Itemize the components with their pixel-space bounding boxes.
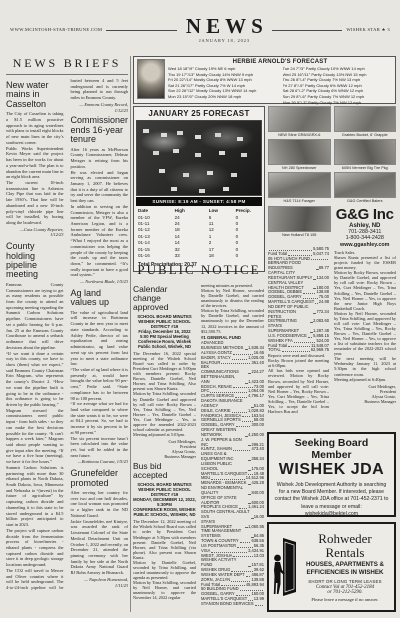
dot-leader [246,576,251,577]
gg-right-column: Grabtec Bucket, 6' Grapple 605N Vermeer … [334,106,397,248]
notice-meta: SCHOOL BOARD MINUTES WISHEK PUBLIC SCHOO… [133,482,196,517]
header-rule-left [106,30,177,31]
weather-table-row: 01-16 33 18 0 [136,252,262,258]
invoice-amount: 1,461.24 [248,505,264,510]
weather-table-row: 01-10 24 6 0 [136,214,262,220]
column-divider [130,56,131,612]
cell-low: 6 [209,215,236,220]
public-notice-col2: meeting minutes as presented. Motion by … [201,283,264,615]
news-briefs-section: NEWS BRIEFS New water mains in Casselton… [6,56,128,614]
dot-leader [248,470,250,471]
dot-leader [311,259,328,260]
equipment-photo-caption: 605N Vermeer Big Tire Pkg [334,165,397,172]
equipment-photo-image [334,106,397,132]
equipment-photo: H&S 7114 Forager [268,172,331,205]
equipment-photo: NEW Stine GR8/4GRX-6 [268,106,331,139]
brief-body: After 16 years as McPherson County Commi… [71,147,129,279]
forecast-title: HERBIE ARNOLD'S FORECAST [168,59,392,65]
cell-precip: 0 [236,227,260,232]
brief-attribution: — Emmons County Record, 1/12/23 [71,102,129,113]
brief-body: After serving her country for over two a… [71,490,129,576]
brief-headline: County holding pipeline meeting [6,242,64,280]
door-person-icon [272,536,297,598]
dot-leader [282,351,310,352]
cell-precip: 0 [236,253,260,258]
weather-table-body: 01-10 24 6 0 01-11 24 11 0 01-12 [136,214,262,259]
dot-leader [313,313,315,314]
rohweder-ad-contact: Contact Val at 701-452-2184 or 701-212-5… [299,585,391,595]
brief-attribution: —Cass County Reporter, 1/12/23 [6,227,64,238]
dot-leader [288,346,310,347]
forecast-line: Mon 23 15°/0° Cloudy 20% NNW 18 mph [168,94,278,100]
cell-precip: 0 [236,240,260,245]
brief-headline: Grunefelder promoted [71,469,129,488]
invoice-amount: 1,060.85 [248,525,264,530]
issue-date: JANUARY 18, 2023 [181,39,268,44]
brief-article: Grunefelder promoted After serving her c… [71,469,129,588]
cell-high: 24 [175,221,209,226]
forecast-week2: Tue 24 7°/3° Partly Cloudy 10% WNW 14 mp… [283,66,393,105]
invoice-amount: 772.34 [316,310,329,315]
forecast-week1: Wed 18 18°/9° Cloudy 19% NE 6 mphThu 19 … [168,66,278,105]
cell-date: 01-13 [138,234,175,239]
dot-leader [245,349,247,350]
rohweder-ad-line1: HOUSES, APARTMENTS & EFFICIENCIES IN WIS… [299,561,391,577]
brief-article: Commissioner ends 16-year tenure After 1… [71,116,129,285]
dot-leader [248,494,250,495]
cell-low: 17 [209,247,236,252]
public-notice-banner: PUBLIC NOTICE [133,262,265,278]
invoice-amount: 224.27 [251,370,264,375]
dot-leader [233,556,252,557]
news-briefs-title: NEWS BRIEFS [6,56,128,75]
cell-low: 2 [209,240,236,245]
dot-leader [245,383,247,384]
col-high: High [175,208,209,213]
col-low: Low [209,208,236,213]
website-url: WWW.MCINTOSH-STAR-TRIBUNE.COM [10,27,102,32]
dot-leader [242,416,250,417]
newspaper-page: WWW.MCINTOSH-STAR-TRIBUNE.COM NEWS JANUA… [0,0,400,618]
dot-leader [315,303,318,304]
equipment-photo: New Holland T8 155 [268,206,331,239]
masthead: NEWS JANUARY 18, 2023 [181,16,268,43]
invoice-amount: 16.00 [254,515,264,520]
page-number-label: WISHEK STAR ★ 3 [346,27,390,33]
invoice-amount: 89.77 [319,266,329,271]
dot-leader [248,445,250,446]
invoice-amount: 425.28 [251,481,264,486]
invoice-amount: 13.99 [254,597,264,602]
gg-photos-right: Grabtec Bucket, 6' Grapple 605N Vermeer … [334,106,397,206]
gg-dealer-info: G&G Inc Ashley, ND 701-288-3411 1-800-34… [334,207,397,248]
notice-body: Reports were read and discussed. Rocky B… [268,353,329,414]
notice-headline: Calendar change approved [133,285,196,312]
forecast-map-section: JANUARY 25 FORECAST SUNRISE: 8:19 AM - S… [133,106,265,272]
rohweder-ad-line4: Please leave a message if no answer. [299,597,391,602]
weather-table: Date High Low Precip. 01-10 24 6 0 01-11 [136,208,262,259]
weather-table-row: 01-13 14 1 0 [136,233,262,239]
brief-headline: Ag land values up [71,289,129,308]
dot-leader [308,337,312,338]
gg-photos-left: NEW Stine GR8/4GRX-6 NH 280 Speedrower H… [268,106,331,248]
cell-high: 14 [175,234,209,239]
wishek-jda-ad: Seeking Board Member WISHEK JDA Wishek J… [267,432,396,517]
brief-article: Ag land values up The value of agricultu… [71,289,129,465]
header-rule-right [272,30,343,31]
gg-dealer-name: G&G Inc [334,207,397,222]
notice-meta: SCHOOL BOARD MINUTES WISHEK PUBLIC SCHOO… [133,314,196,349]
equipment-photo: G&G Certified Balers [334,172,397,205]
brief-headline: Commissioner ends 16-year tenure [71,116,129,144]
dot-leader [245,436,247,437]
equipment-photo-caption: H&S 7114 Forager [268,198,331,205]
cell-low: 1 [209,234,236,239]
public-notice-col3: 5,580.75 Fund Total 5,047.74 05 HOT LUNC… [268,247,329,430]
weather-table-row: 01-12 18 12 0 [136,227,262,233]
equipment-photo-image [268,139,331,165]
invoice-amount: 45,893.94 [246,583,264,588]
equipment-photo-caption: NEW Stine GR8/4GRX-6 [268,132,331,139]
jda-ad-heading: Seeking Board Member [274,438,389,461]
invoice-line: STANION BOND SERVICES [201,602,264,607]
cell-precip: 0 [236,247,260,252]
forecast-columns: Wed 18 18°/9° Cloudy 19% NE 6 mphThu 19 … [168,66,392,105]
herbie-arnold-photo [137,59,165,99]
forecast-line: Mon 30 5°/-3° Partly Cloudy 7% NW 12 mph [283,100,393,106]
section-title: NEWS [181,16,268,37]
invoice-list: ADVANCED BUSINESS METHODS 1,538.34 ALYSS… [201,341,264,607]
dot-leader [313,279,315,280]
equipment-photo: NH 280 Speedrower [268,139,331,172]
cell-precip: 0 [236,215,260,220]
brief-attribution: —Bottineau Courant, 1/5/23 [71,459,129,465]
dot-leader [248,460,250,461]
notice-signature: Curt Meidinger, President Alyssa Gontz, … [334,384,396,404]
weather-map [136,120,262,196]
invoice-payee: STANION BOND SERVICES [201,602,254,607]
equipment-photo-caption: Grabtec Bucket, 6' Grapple [334,132,397,139]
cell-date: 01-12 [138,227,175,232]
forecast-box: HERBIE ARNOLD'S FORECAST Wed 18 18°/9° C… [133,56,396,104]
invoice-amount: 24.88 [319,300,329,305]
equipment-photo: 605N Vermeer Big Tire Pkg [334,139,397,172]
invoice-amount: 4,250.00 [248,433,264,438]
rohweder-rentals-ad: Rohweder Rentals HOUSES, APARTMENTS & EF… [267,522,396,612]
equipment-photo-image [268,206,331,232]
invoice-amount: 361.40 [251,361,264,366]
dot-leader [248,484,251,485]
dot-leader [245,527,247,528]
page-header: WWW.MCINTOSH-STAR-TRIBUNE.COM NEWS JANUA… [10,16,390,43]
cell-precip: 0 [236,234,260,239]
invoice-list: 5,580.75 Fund Total 5,047.74 05 HOT LUNC… [268,247,329,353]
invoice-amount: 134.00 [316,276,329,281]
invoice-amount: 473.40 [251,447,264,452]
dot-leader [251,518,253,519]
brief-body: The value of agricultural land will incr… [71,310,129,459]
notice-body: Truck Sales. Shawn Kuntz presented a lis… [334,250,396,382]
dot-leader [233,450,250,451]
dot-leader [316,269,318,270]
col-date: Date [138,208,175,213]
brief-body: The City of Casselton is taking a $1.5 m… [6,111,64,225]
public-notice-col4: Truck Sales. Shawn Kuntz presented a lis… [334,250,396,430]
gg-website: www.ggashley.com [334,242,397,248]
brief-attribution: — Northwest Blade, 1/5/23 [71,279,129,285]
jda-ad-body: Wishek Job Development Authority is sear… [274,482,389,518]
cell-high: 24 [175,215,209,220]
invoice-amount: 2,083.60 [313,319,329,324]
sunrise-sunset-bar: SUNRISE: 8:19 AM - SUNSET: 4:58 PM [136,197,262,206]
cell-low: 18 [209,253,236,258]
dot-leader [236,426,251,427]
equipment-photo-caption: New Holland T8 155 [268,232,331,239]
equipment-photo-image [268,172,331,198]
brief-article: New water mains in Casselton The City of… [6,81,64,238]
dot-leader [310,332,312,333]
cell-date: 01-11 [138,221,175,226]
dot-leader [248,566,250,567]
equipment-photo: Grabtec Bucket, 6' Grapple [334,106,397,139]
invoice-amount: 13.03 [254,554,264,559]
invoice-amount: 840.00 [251,491,264,496]
dot-leader [240,542,251,543]
forecast-main: HERBIE ARNOLD'S FORECAST Wed 18 18°/9° C… [168,59,392,101]
weather-table-header: Date High Low Precip. [136,208,262,214]
col-precip: Precip. [236,208,260,213]
cell-low: 12 [209,227,236,232]
map-title: JANUARY 25 FORECAST [136,109,262,118]
weather-table-row: 01-14 14 2 0 [136,239,262,245]
equipment-photo-image [334,139,397,165]
cell-date: 01-10 [138,215,175,220]
notice-body: The December 16, 2022 special meeting of… [133,351,196,437]
public-notice-col1: Calendar change approved SCHOOL BOARD MI… [133,283,196,615]
cell-date: 01-16 [138,253,175,258]
dot-leader [255,605,263,606]
rohweder-ad-title: Rohweder Rentals [299,532,391,559]
equipment-photo-image [268,106,331,132]
jda-ad-title: WISHEK JDA [274,461,389,479]
invoice-amount: 358.34 [251,457,264,462]
notice-body: meeting minutes as presented. Motion by … [201,283,264,334]
equipment-photo-caption: G&G Certified Balers [334,198,397,205]
notice-body: The December 12, 2022 meeting of the Wis… [133,519,196,600]
equipment-photo-caption: NH 280 Speedrower [268,165,331,172]
dot-leader [310,322,312,323]
news-briefs-columns: New water mains in Casselton The City of… [6,78,128,592]
cell-date: 01-14 [138,240,175,245]
brief-attribution: — Napoleon Homestead, 1/11/23 [71,577,129,588]
invoice-amount: 5,047.74 [313,252,329,257]
map-temp-labels [143,129,149,133]
dot-leader [232,359,247,360]
dot-leader [303,293,315,294]
dot-leader [248,373,250,374]
invoice-amount: 300.00 [251,423,264,428]
rohweder-ad-line2: SHORT OR LONG TERM LEASES [299,579,391,584]
cell-date: 01-15 [138,247,175,252]
invoice-amount: 4,796.17 [248,394,264,399]
gg-equipment-ad: NEW Stine GR8/4GRX-6 NH 280 Speedrower H… [268,106,396,248]
notice-signature: Curt Meidinger, President Alyssa Gontz, … [133,439,196,459]
weather-table-row: 01-11 24 11 0 [136,220,262,226]
brief-headline: New water mains in Casselton [6,81,64,109]
cell-precip: 0 [236,221,260,226]
dot-leader [313,288,315,289]
dot-leader [221,363,250,364]
cell-low: 11 [209,221,236,226]
equipment-photo-image [334,172,397,198]
cell-high: 32 [175,247,209,252]
weather-table-row: 01-15 32 17 0 [136,246,262,252]
rohweder-ad-text: Rohweder Rentals HOUSES, APARTMENTS & EF… [299,532,391,601]
cell-high: 14 [175,240,209,245]
notice-headline: Bus bid accepted [133,462,196,480]
cell-high: 33 [175,253,209,258]
cell-high: 18 [175,227,209,232]
